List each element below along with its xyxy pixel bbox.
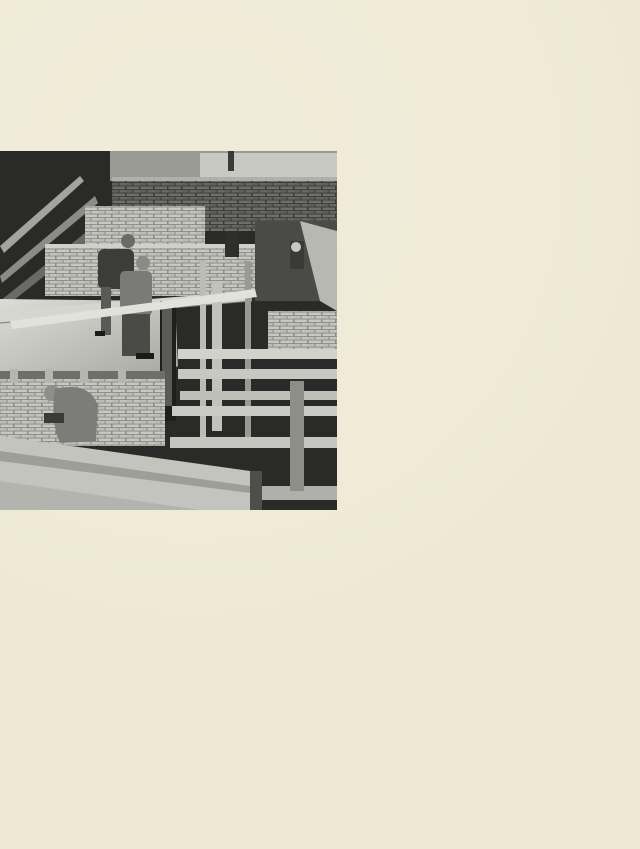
construction-site-photo	[0, 151, 337, 510]
book-page	[0, 0, 640, 849]
photo-illustration	[0, 151, 337, 510]
